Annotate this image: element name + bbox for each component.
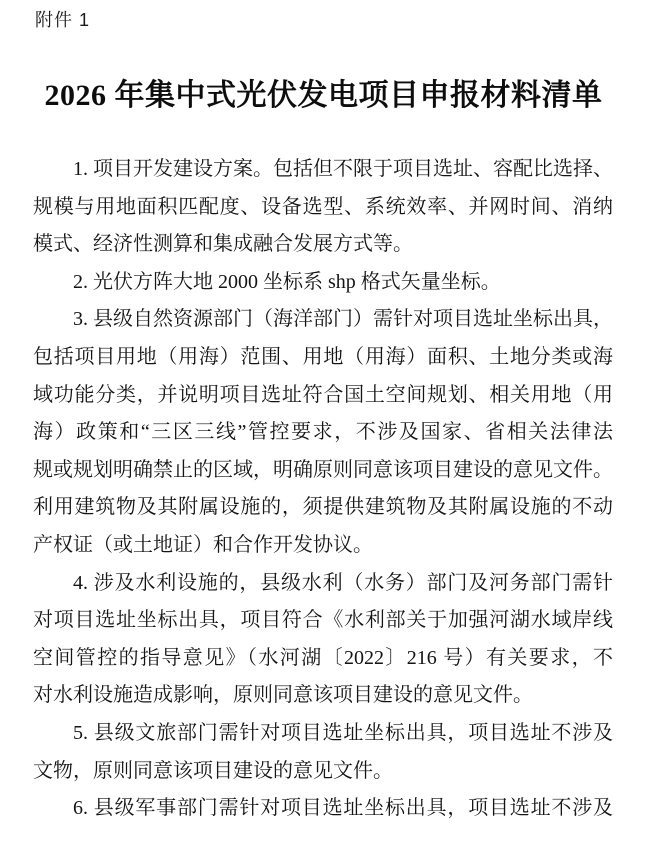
text-line: 模式、经济性测算和集成融合发展方式等。 [33, 226, 613, 264]
document-body: 1. 项目开发建设方案。包括但不限于项目选址、容配比选择、 规模与用地面积匹配度… [33, 151, 613, 828]
attachment-label: 附件 1 [35, 6, 90, 32]
text-line: 对水利设施造成影响，原则同意该项目建设的意见文件。 [33, 677, 613, 715]
text-line: 规或规划明确禁止的区域，明确原则同意该项目建设的意见文件。 [33, 452, 613, 490]
text-line: 包括项目用地（用海）范围、用地（用海）面积、土地分类或海 [33, 339, 613, 377]
text-line: 5. 县级文旅部门需针对项目选址坐标出具，项目选址不涉及 [33, 715, 613, 753]
text-line: 1. 项目开发建设方案。包括但不限于项目选址、容配比选择、 [33, 151, 613, 189]
text-line: 对项目选址坐标出具，项目符合《水利部关于加强河湖水域岸线 [33, 602, 613, 640]
document-page: 附件 1 2026 年集中式光伏发电项目申报材料清单 1. 项目开发建设方案。包… [0, 0, 647, 856]
text-line: 空间管控的指导意见》（水河湖〔2022〕216 号）有关要求，不 [33, 640, 613, 678]
text-line: 2. 光伏方阵大地 2000 坐标系 shp 格式矢量坐标。 [33, 264, 613, 302]
text-line: 规模与用地面积匹配度、设备选型、系统效率、并网时间、消纳 [33, 189, 613, 227]
text-line: 域功能分类，并说明项目选址符合国土空间规划、相关用地（用 [33, 377, 613, 415]
text-line: 海）政策和“三区三线”管控要求，不涉及国家、省相关法律法 [33, 414, 613, 452]
document-title: 2026 年集中式光伏发电项目申报材料清单 [0, 70, 647, 114]
text-line: 4. 涉及水利设施的，县级水利（水务）部门及河务部门需针 [33, 565, 613, 603]
text-line: 3. 县级自然资源部门（海洋部门）需针对项目选址坐标出具， [33, 301, 613, 339]
text-line: 产权证（或土地证）和合作开发协议。 [33, 527, 613, 565]
text-line: 6. 县级军事部门需针对项目选址坐标出具，项目选址不涉及 [33, 790, 613, 828]
text-line: 利用建筑物及其附属设施的，须提供建筑物及其附属设施的不动 [33, 489, 613, 527]
text-line: 文物，原则同意该项目建设的意见文件。 [33, 753, 613, 791]
